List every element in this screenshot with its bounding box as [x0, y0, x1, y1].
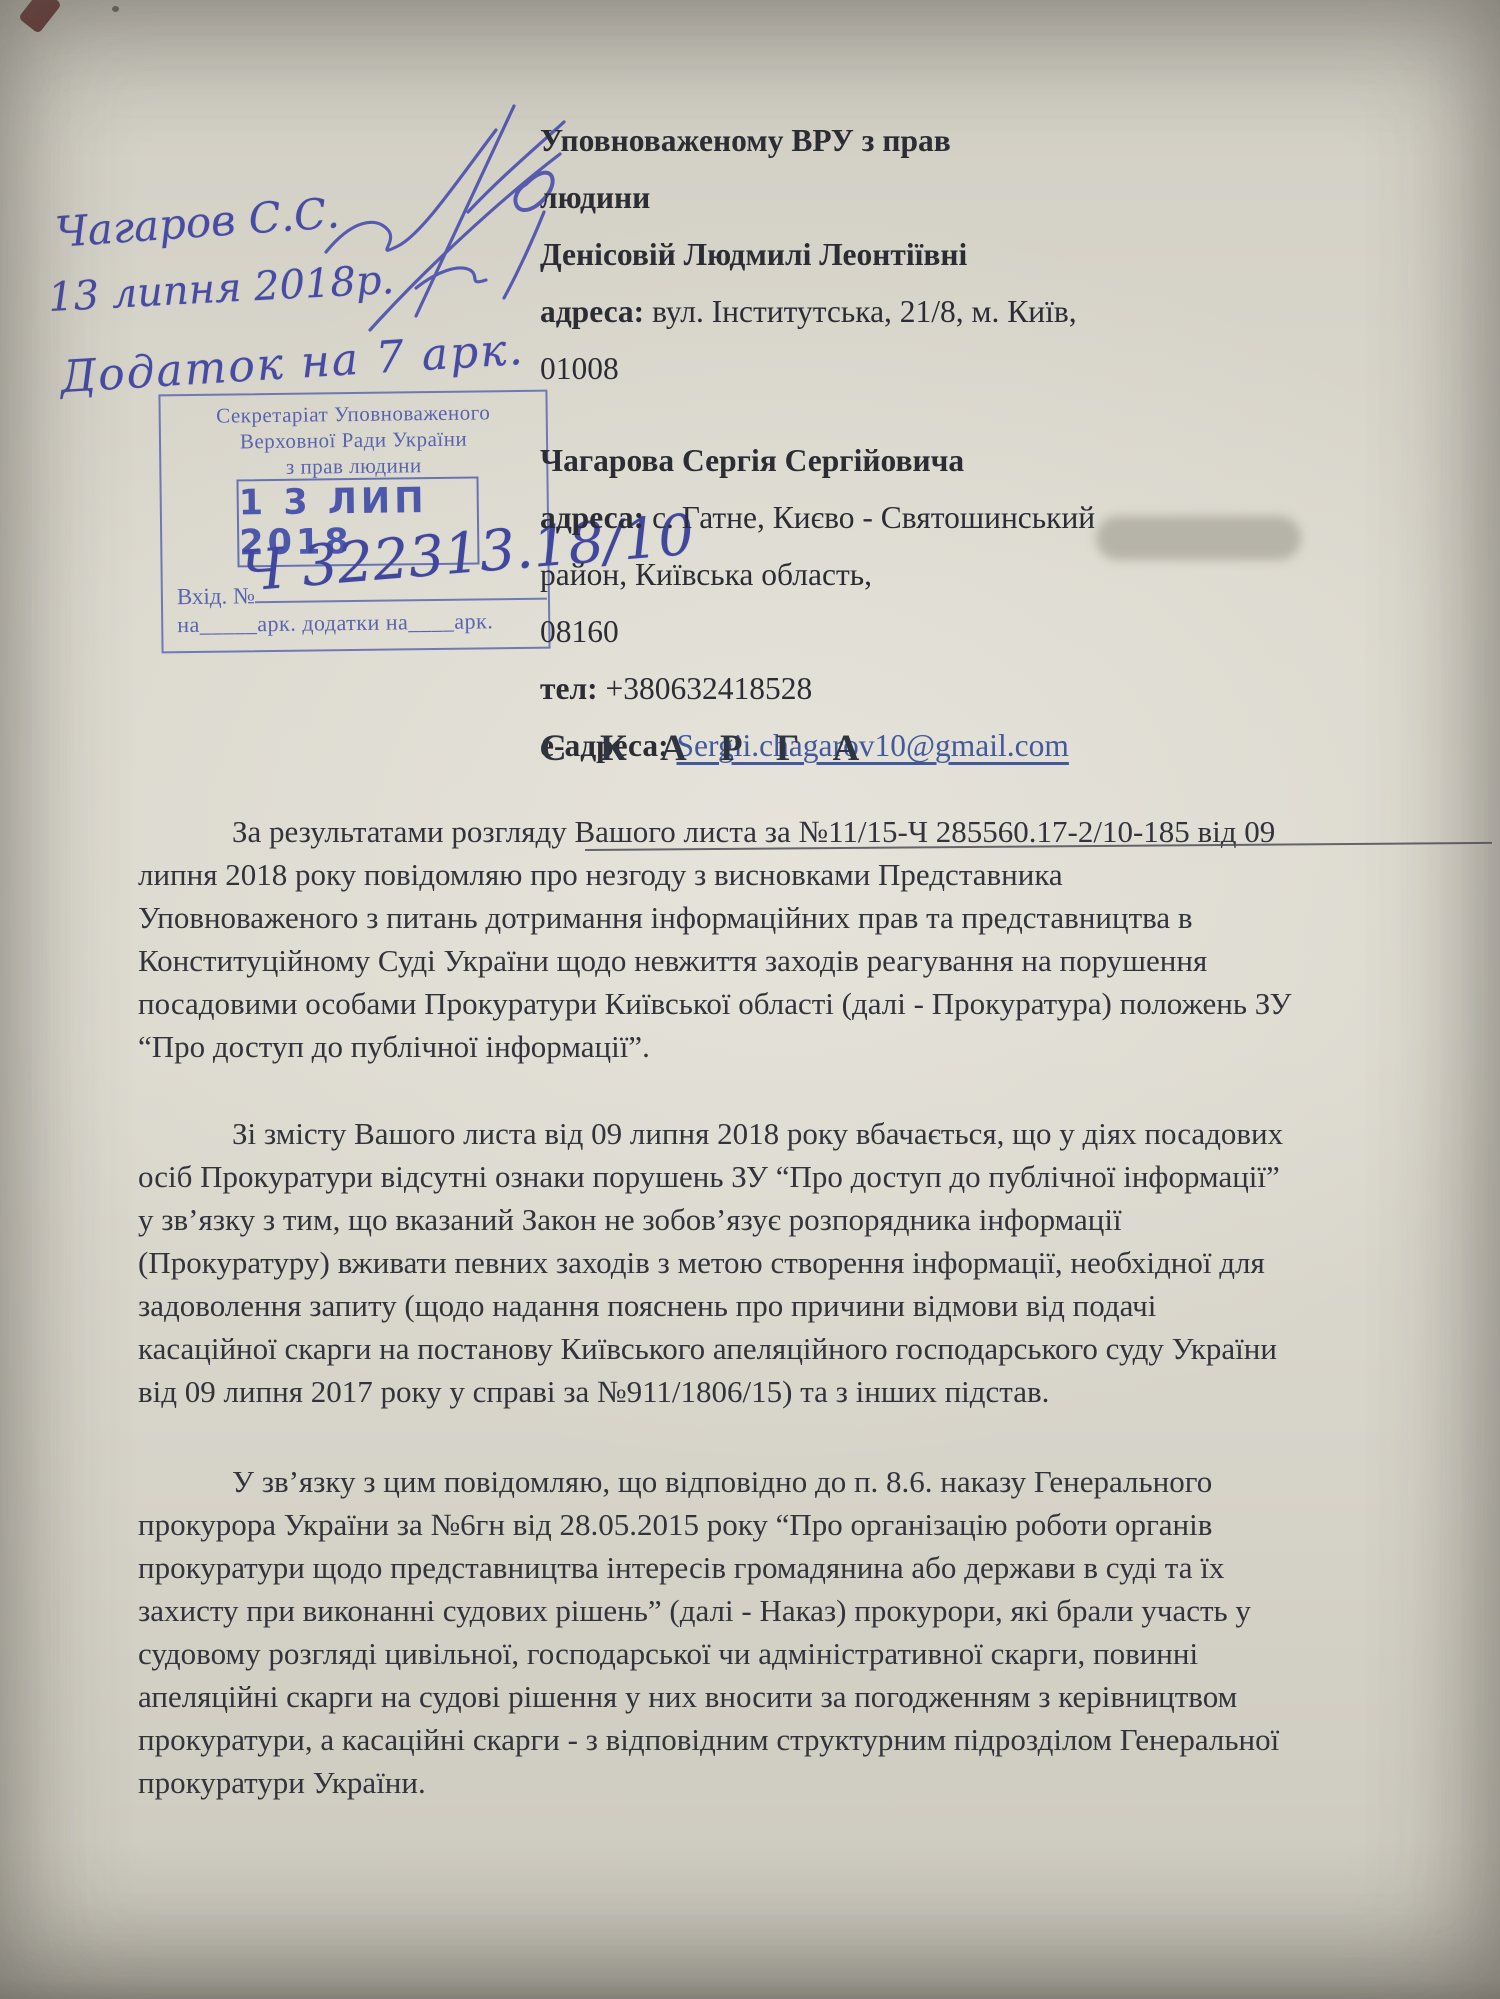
- paragraph-line: посадовими особами Прокуратури Київської…: [138, 982, 1438, 1025]
- paragraph-line: “Про доступ до публічної інформації”.: [138, 1025, 1438, 1068]
- paragraph-line: У зв’язку з цим повідомляю, що відповідн…: [138, 1460, 1438, 1503]
- paragraph-line: задоволення запиту (щодо надання пояснен…: [138, 1284, 1438, 1327]
- paragraph1-indent-text: За результатами розгляду: [232, 814, 575, 849]
- paragraph-line: прокуратури, а касаційні скарги - з відп…: [138, 1718, 1438, 1761]
- address-block: Уповноваженому ВРУ з прав людини Денісов…: [540, 112, 1420, 774]
- paragraph-2: Зі змісту Вашого листа від 09 липня 2018…: [138, 1112, 1438, 1413]
- recipient-zip: 01008: [540, 340, 1420, 397]
- stamp-org-line: Верховної Ради України: [161, 426, 546, 456]
- paragraph-line: Конституційному Суді України щодо невжит…: [138, 939, 1438, 982]
- paragraph-line: захисту при виконанні судових рішень” (д…: [138, 1589, 1438, 1632]
- paragraph-line: Уповноваженого з питань дотримання інфор…: [138, 896, 1438, 939]
- signature-scribble: [318, 92, 578, 342]
- document-title: С К А Р Г А: [540, 727, 860, 770]
- handwritten-name-note: Чагаров С.С.: [54, 188, 341, 257]
- paragraph-line: від 09 липня 2017 року у справі за №911/…: [138, 1370, 1438, 1413]
- stamp-org-line: з прав людини: [161, 452, 546, 482]
- spacer: [540, 397, 1420, 432]
- paragraph-line: прокурора України за №6гн від 28.05.2015…: [138, 1503, 1438, 1546]
- recipient-line: людини: [540, 169, 1420, 226]
- paragraph-line: касаційної скарги на постанову Київськог…: [138, 1327, 1438, 1370]
- paragraph-line: апеляційні скарги на судові рішення у ни…: [138, 1675, 1438, 1718]
- paragraph-line: (Прокуратуру) вживати певних заходів з м…: [138, 1241, 1438, 1284]
- paragraph-line: прокуратури України.: [138, 1761, 1438, 1804]
- secretariat-stamp: Секретаріат Уповноваженого Верховної Рад…: [158, 390, 550, 654]
- stamp-sheets-line: на_____арк. додатки на____арк.: [177, 608, 493, 638]
- paragraph-line: Зі змісту Вашого листа від 09 липня 2018…: [138, 1112, 1438, 1155]
- paper-speck: [112, 6, 119, 12]
- paragraph-1: липня 2018 року повідомляю про незгоду з…: [138, 853, 1438, 1068]
- paragraph-line: липня 2018 року повідомляю про незгоду з…: [138, 853, 1438, 896]
- paragraph-line: у зв’язку з тим, що вказаний Закон не зо…: [138, 1198, 1438, 1241]
- applicant-zip: 08160: [540, 603, 1420, 660]
- applicant-name: Чагарова Сергія Сергійовича: [540, 432, 1420, 489]
- paragraph-line: судовому розгляді цивільної, господарськ…: [138, 1632, 1438, 1675]
- paragraph-line: прокуратури щодо представництва інтересі…: [138, 1546, 1438, 1589]
- applicant-phone: тел: +380632418528: [540, 660, 1420, 717]
- paragraph-3: У зв’язку з цим повідомляю, що відповідн…: [138, 1460, 1438, 1804]
- recipient-address: адреса: вул. Інститутська, 21/8, м. Київ…: [540, 283, 1420, 340]
- stamp-org-line: Секретаріат Уповноваженого: [161, 400, 546, 430]
- scanned-document-page: Чагаров С.С. 13 липня 2018р. Додаток на …: [0, 0, 1500, 1999]
- recipient-line: Уповноваженому ВРУ з прав: [540, 112, 1420, 169]
- recipient-name: Денісовій Людмилі Леонтіївні: [540, 226, 1420, 283]
- redaction-smudge: [1096, 516, 1301, 560]
- corner-ink-mark: [18, 0, 62, 34]
- paragraph-line: осіб Прокуратури відсутні ознаки порушен…: [138, 1155, 1438, 1198]
